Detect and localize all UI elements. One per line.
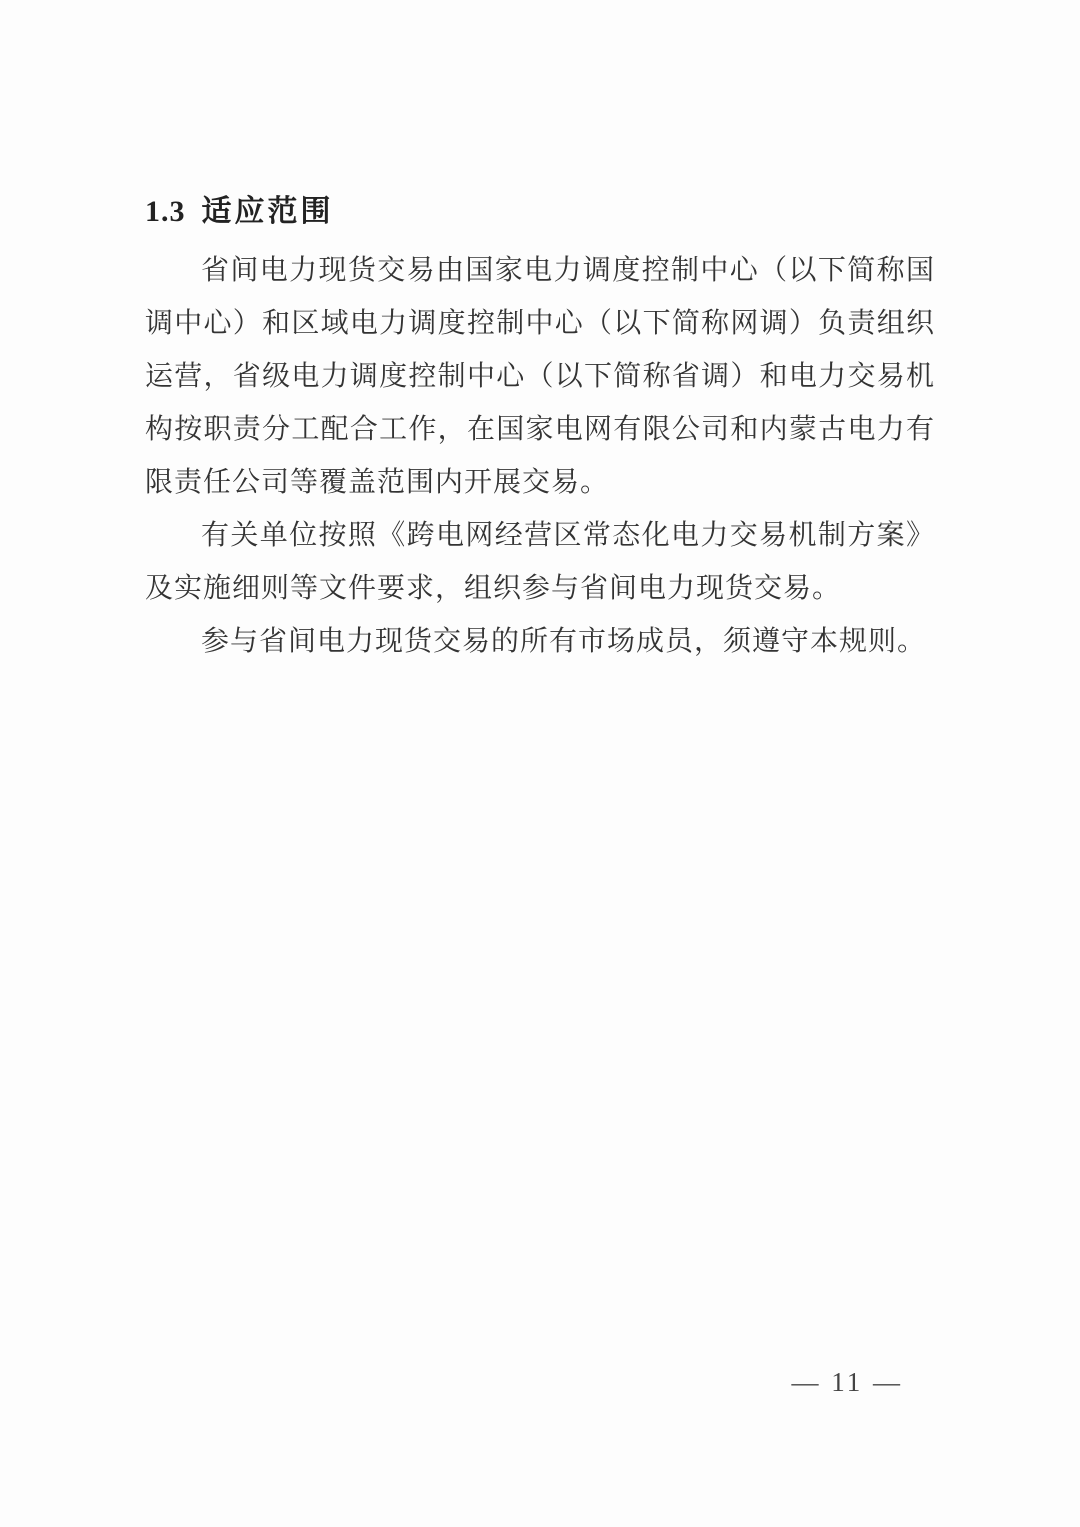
section-heading: 1.3适应范围: [145, 192, 935, 232]
section-number: 1.3: [145, 195, 186, 228]
paragraph-market-members: 参与省间电力现货交易的所有市场成员，须遵守本规则。: [145, 615, 935, 668]
paragraph-mechanism-plan: 有关单位按照《跨电网经营区常态化电力交易机制方案》及实施细则等文件要求，组织参与…: [145, 509, 935, 615]
document-page: 1.3适应范围 省间电力现货交易由国家电力调度控制中心（以下简称国调中心）和区域…: [0, 0, 1080, 1527]
section-title: 适应范围: [202, 195, 334, 228]
document-content: 1.3适应范围 省间电力现货交易由国家电力调度控制中心（以下简称国调中心）和区域…: [145, 192, 935, 668]
page-number: — 11 —: [792, 1366, 904, 1398]
paragraph-scope-operation: 省间电力现货交易由国家电力调度控制中心（以下简称国调中心）和区域电力调度控制中心…: [145, 244, 935, 509]
